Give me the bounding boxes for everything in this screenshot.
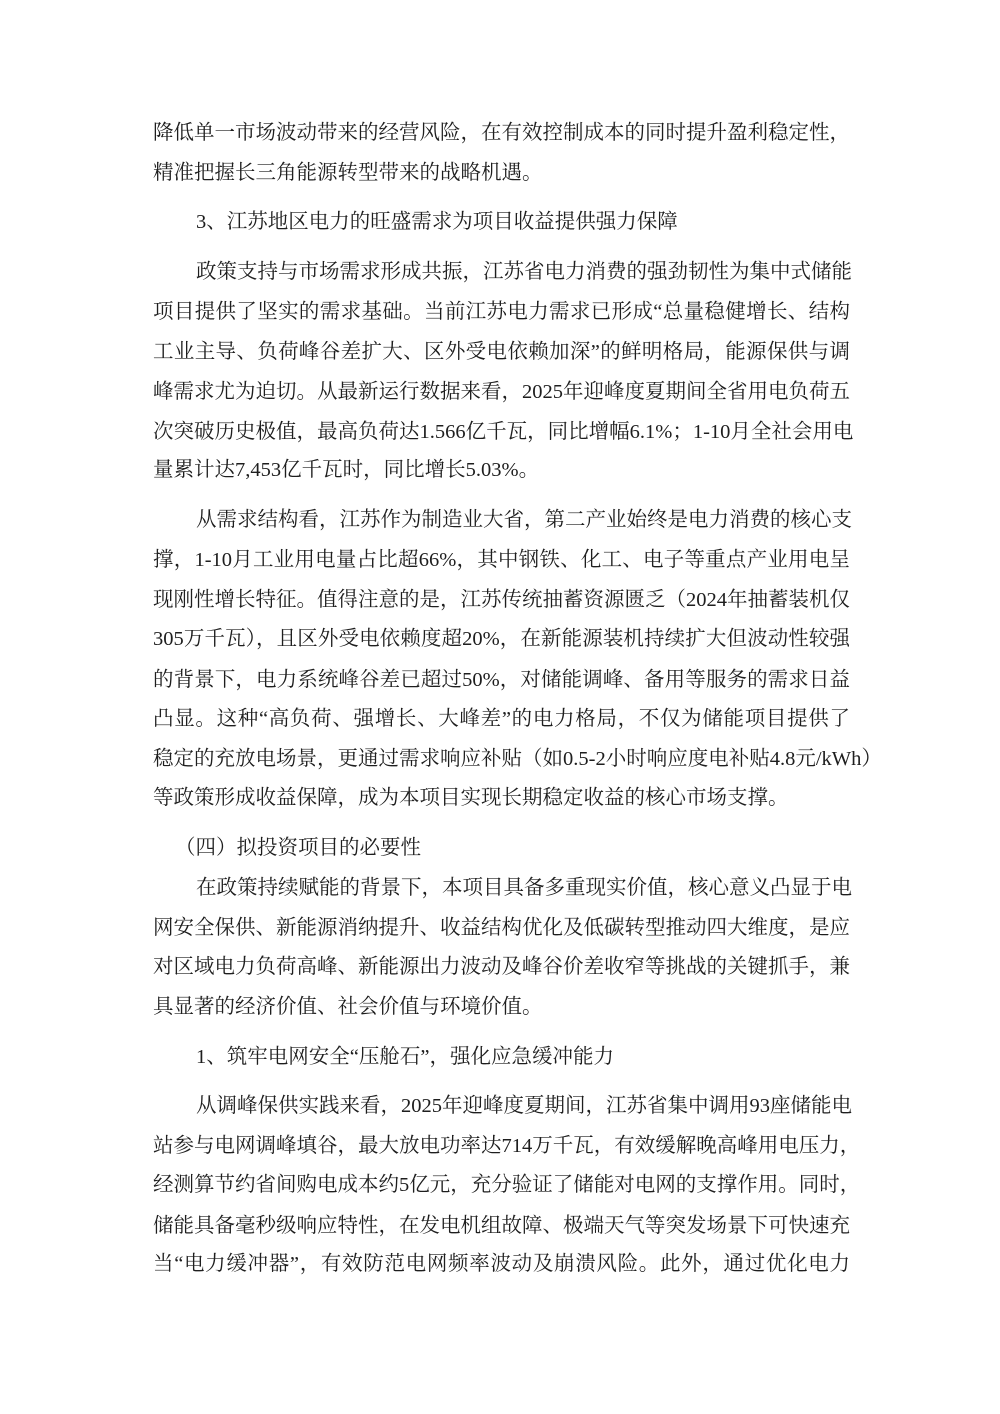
text-line: 现刚性增长特征。值得注意的是，江苏传统抽蓄资源匮乏（2024年抽蓄装机仅 [153, 586, 850, 614]
text-line: 在政策持续赋能的背景下，本项目具备多重现实价值，核心意义凸显于电 [196, 874, 850, 902]
text-line: 精准把握长三角能源转型带来的战略机遇。 [153, 159, 850, 187]
text-line: 储能具备毫秒级响应特性，在发电机组故障、极端天气等突发场景下可快速充 [153, 1212, 850, 1240]
heading-text: （四）拟投资项目的必要性 [175, 834, 421, 862]
text-line: 305万千瓦），且区外受电依赖度超20%，在新能源装机持续扩大但波动性较强 [153, 625, 850, 653]
text-line: 量累计达7,453亿千瓦时，同比增长5.03%。 [153, 456, 850, 484]
text-line: 峰需求尤为迫切。从最新运行数据来看，2025年迎峰度夏期间全省用电负荷五 [153, 378, 850, 406]
text-line: 撑，1-10月工业用电量占比超66%，其中钢铁、化工、电子等重点产业用电呈 [153, 546, 850, 574]
text-line: 的背景下，电力系统峰谷差已超过50%，对储能调峰、备用等服务的需求日益 [153, 666, 850, 694]
text-line: 站参与电网调峰填谷，最大放电功率达714万千瓦，有效缓解晚高峰用电压力， [153, 1132, 850, 1160]
text-line: 网安全保供、新能源消纳提升、收益结构优化及低碳转型推动四大维度，是应 [153, 914, 850, 942]
heading-text: 3、江苏地区电力的旺盛需求为项目收益提供强力保障 [196, 208, 678, 236]
text-line: 稳定的充放电场景，更通过需求响应补贴（如0.5-2小时响应度电补贴4.8元/kW… [153, 745, 850, 773]
text-line: 工业主导、负荷峰谷差扩大、区外受电依赖加深”的鲜明格局，能源保供与调 [153, 338, 850, 366]
text-line: 从需求结构看，江苏作为制造业大省，第二产业始终是电力消费的核心支 [196, 506, 850, 534]
text-line: 政策支持与市场需求形成共振，江苏省电力消费的强劲韧性为集中式储能 [196, 258, 850, 286]
text-line: 经测算节约省间购电成本约5亿元，充分验证了储能对电网的支撑作用。同时， [153, 1171, 850, 1199]
document-page: 降低单一市场波动带来的经营风险，在有效控制成本的同时提升盈利稳定性，精准把握长三… [0, 0, 1000, 1414]
text-line: 项目提供了坚实的需求基础。当前江苏电力需求已形成“总量稳健增长、结构 [153, 298, 850, 326]
text-line: 凸显。这种“高负荷、强增长、大峰差”的电力格局，不仅为储能项目提供了 [153, 705, 850, 733]
text-line: 降低单一市场波动带来的经营风险，在有效控制成本的同时提升盈利稳定性， [153, 119, 850, 147]
text-line: 具显著的经济价值、社会价值与环境价值。 [153, 993, 850, 1021]
heading-text: 1、筑牢电网安全“压舱石”，强化应急缓冲能力 [196, 1043, 614, 1071]
text-line: 从调峰保供实践来看，2025年迎峰度夏期间，江苏省集中调用93座储能电 [196, 1092, 850, 1120]
text-line: 当“电力缓冲器”，有效防范电网频率波动及崩溃风险。此外，通过优化电力 [153, 1250, 850, 1278]
text-line: 次突破历史极值，最高负荷达1.566亿千瓦，同比增幅6.1%；1-10月全社会用… [153, 418, 850, 446]
text-line: 等政策形成收益保障，成为本项目实现长期稳定收益的核心市场支撑。 [153, 784, 850, 812]
text-line: 对区域电力负荷高峰、新能源出力波动及峰谷价差收窄等挑战的关键抓手，兼 [153, 953, 850, 981]
